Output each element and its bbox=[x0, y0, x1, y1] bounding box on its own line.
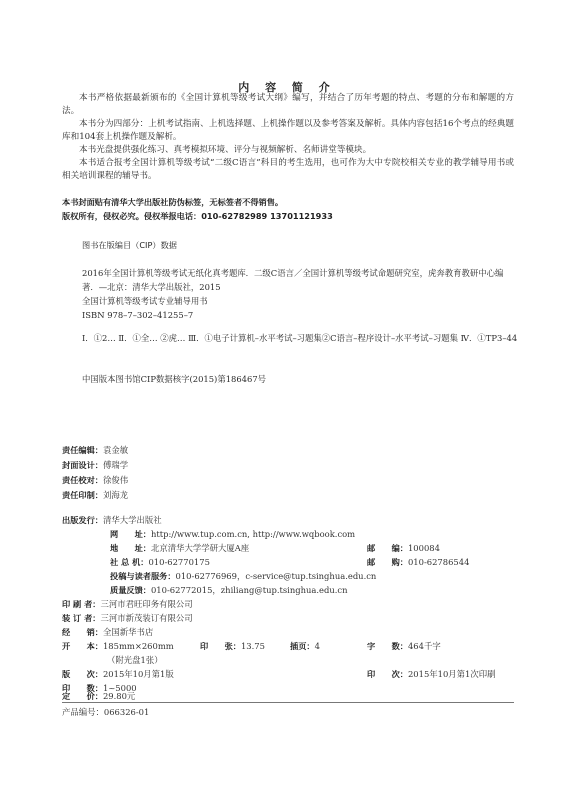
cip-heading: 图书在版编目（CIP）数据 bbox=[82, 240, 177, 251]
format-value: 185mm×260mm bbox=[103, 641, 174, 651]
binder-row: 装 订 者：三河市新茂装订有限公司 bbox=[62, 612, 193, 624]
format-row: 开 本：185mm×260mm bbox=[62, 640, 174, 652]
staff-value: 刘海龙 bbox=[103, 490, 128, 500]
postcode-value: 100084 bbox=[408, 543, 440, 553]
publisher-name: 清华大学出版社 bbox=[103, 515, 162, 525]
website-row: 网 址：http://www.tup.com.cn, http://www.wq… bbox=[110, 528, 355, 540]
staff-print-manager: 责任印制：刘海龙 bbox=[62, 489, 128, 501]
staff-editor: 责任编辑：袁金敏 bbox=[62, 444, 128, 456]
copyright-notice: 版权所有，侵权必究。侵权举报电话：010-62782989 1370112193… bbox=[62, 211, 333, 222]
impression-row: 印 次：2015年10月第1次印刷 bbox=[367, 668, 496, 680]
word-count-value: 464千字 bbox=[408, 641, 441, 651]
quality-feedback-value[interactable]: 010-62772015，zhiliang@tup.tsinghua.edu.c… bbox=[151, 585, 348, 595]
binder-label: 装 订 者： bbox=[62, 613, 100, 623]
publisher-label: 出版发行： bbox=[62, 515, 103, 525]
product-code-row: 产品编号：066326-01 bbox=[62, 706, 149, 718]
printer-row: 印 刷 者：三河市君旺印务有限公司 bbox=[62, 598, 193, 610]
mail-order-row: 邮 购：010-62786544 bbox=[367, 556, 469, 568]
intro-paragraph-4: 本书适合报考全国计算机等级考试“二级C语言”科目的考生选用，也可作为大中专院校相… bbox=[62, 157, 514, 183]
staff-proofreader: 责任校对：徐俊伟 bbox=[62, 474, 128, 486]
reader-service-value[interactable]: 010-62776969，c-service@tup.tsinghua.edu.… bbox=[176, 571, 377, 581]
printer-value: 三河市君旺印务有限公司 bbox=[100, 599, 192, 609]
edition-label: 版 次： bbox=[62, 669, 103, 679]
staff-cover-design: 封面设计：傅瑞学 bbox=[62, 459, 128, 471]
quality-feedback-row: 质量反馈：010-62772015，zhiliang@tup.tsinghua.… bbox=[110, 584, 348, 596]
sheets-row: 印 张：13.75 bbox=[200, 640, 265, 652]
product-code-value: 066326-01 bbox=[104, 707, 149, 717]
staff-label: 责任编辑： bbox=[62, 445, 103, 455]
intro-paragraph-3: 本书光盘提供强化练习、真考模拟环境、评分与视频解析、名师讲堂等模块。 bbox=[62, 144, 514, 157]
mail-order-label: 邮 购： bbox=[367, 557, 408, 567]
distributor-label: 经 销： bbox=[62, 627, 103, 637]
address-value: 北京清华大学学研大厦A座 bbox=[151, 543, 249, 553]
website-label: 网 址： bbox=[110, 529, 151, 539]
inserts-value: 4 bbox=[315, 641, 320, 651]
format-label: 开 本： bbox=[62, 641, 103, 651]
staff-value: 傅瑞学 bbox=[103, 460, 128, 470]
cip-line-1: 2016年全国计算机等级考试无纸化真考题库．二级C语言／全国计算机等级考试命题研… bbox=[82, 266, 518, 294]
postcode-row: 邮 编：100084 bbox=[367, 542, 440, 554]
word-count-row: 字 数：464千字 bbox=[367, 640, 441, 652]
distributor-value: 全国新华书店 bbox=[103, 627, 153, 637]
price-row: 定 价：29.80元 bbox=[62, 690, 135, 702]
quality-feedback-label: 质量反馈： bbox=[110, 585, 151, 595]
divider-line bbox=[62, 702, 514, 703]
word-count-label: 字 数： bbox=[367, 641, 408, 651]
switchboard-row: 社 总 机：010-62770175 bbox=[110, 556, 210, 568]
staff-label: 责任校对： bbox=[62, 475, 103, 485]
staff-label: 责任印制： bbox=[62, 490, 103, 500]
postcode-label: 邮 编： bbox=[367, 543, 408, 553]
staff-label: 封面设计： bbox=[62, 460, 103, 470]
switchboard-label: 社 总 机： bbox=[110, 557, 148, 567]
format-note-value: （附光盘1张） bbox=[107, 655, 163, 665]
switchboard-value: 010-62770175 bbox=[148, 557, 209, 567]
reader-service-row: 投稿与读者服务：010-62776969，c-service@tup.tsing… bbox=[110, 570, 376, 582]
reader-service-label: 投稿与读者服务： bbox=[110, 571, 176, 581]
sheets-label: 印 张： bbox=[200, 641, 241, 651]
inserts-row: 插页：4 bbox=[290, 640, 320, 652]
inserts-label: 插页： bbox=[290, 641, 315, 651]
intro-paragraph-1: 本书严格依据最新颁布的《全国计算机等级考试大纲》编写，并结合了历年考题的特点、考… bbox=[62, 92, 514, 118]
staff-value: 徐俊伟 bbox=[103, 475, 128, 485]
impression-value: 2015年10月第1次印刷 bbox=[408, 669, 496, 679]
cip-classification: Ⅰ．①2… Ⅱ．①全… ②虎… Ⅲ．①电子计算机–水平考试–习题集②C语言–程序… bbox=[82, 331, 518, 345]
mail-order-value: 010-62786544 bbox=[408, 557, 469, 567]
format-note: （附光盘1张） bbox=[107, 654, 163, 666]
distributor-row: 经 销：全国新华书店 bbox=[62, 626, 153, 638]
product-code-label: 产品编号： bbox=[62, 707, 104, 717]
publisher-row: 出版发行：清华大学出版社 bbox=[62, 514, 162, 526]
staff-value: 袁金敏 bbox=[103, 445, 128, 455]
edition-value: 2015年10月第1版 bbox=[103, 669, 174, 679]
binder-value: 三河市新茂装订有限公司 bbox=[100, 613, 192, 623]
price-label: 定 价： bbox=[62, 691, 103, 701]
cip-library-record: 中国版本图书馆CIP数据核字(2015)第186467号 bbox=[82, 372, 518, 386]
anti-counterfeit-notice: 本书封面贴有清华大学出版社防伪标签，无标签者不得销售。 bbox=[62, 197, 283, 208]
edition-row: 版 次：2015年10月第1版 bbox=[62, 668, 174, 680]
address-row: 地 址：北京清华大学学研大厦A座 bbox=[110, 542, 249, 554]
cip-isbn: ISBN 978–7–302–41255–7 bbox=[82, 308, 518, 322]
impression-label: 印 次： bbox=[367, 669, 408, 679]
cip-line-2: 全国计算机等级考试专业辅导用书 bbox=[82, 294, 518, 308]
address-label: 地 址： bbox=[110, 543, 151, 553]
sheets-value: 13.75 bbox=[241, 641, 265, 651]
printer-label: 印 刷 者： bbox=[62, 599, 100, 609]
website-value[interactable]: http://www.tup.com.cn, http://www.wqbook… bbox=[151, 529, 355, 539]
price-value: 29.80元 bbox=[103, 691, 135, 701]
intro-paragraph-2: 本书分为四部分：上机考试指南、上机选择题、上机操作题以及参考答案及解析。具体内容… bbox=[62, 118, 514, 144]
